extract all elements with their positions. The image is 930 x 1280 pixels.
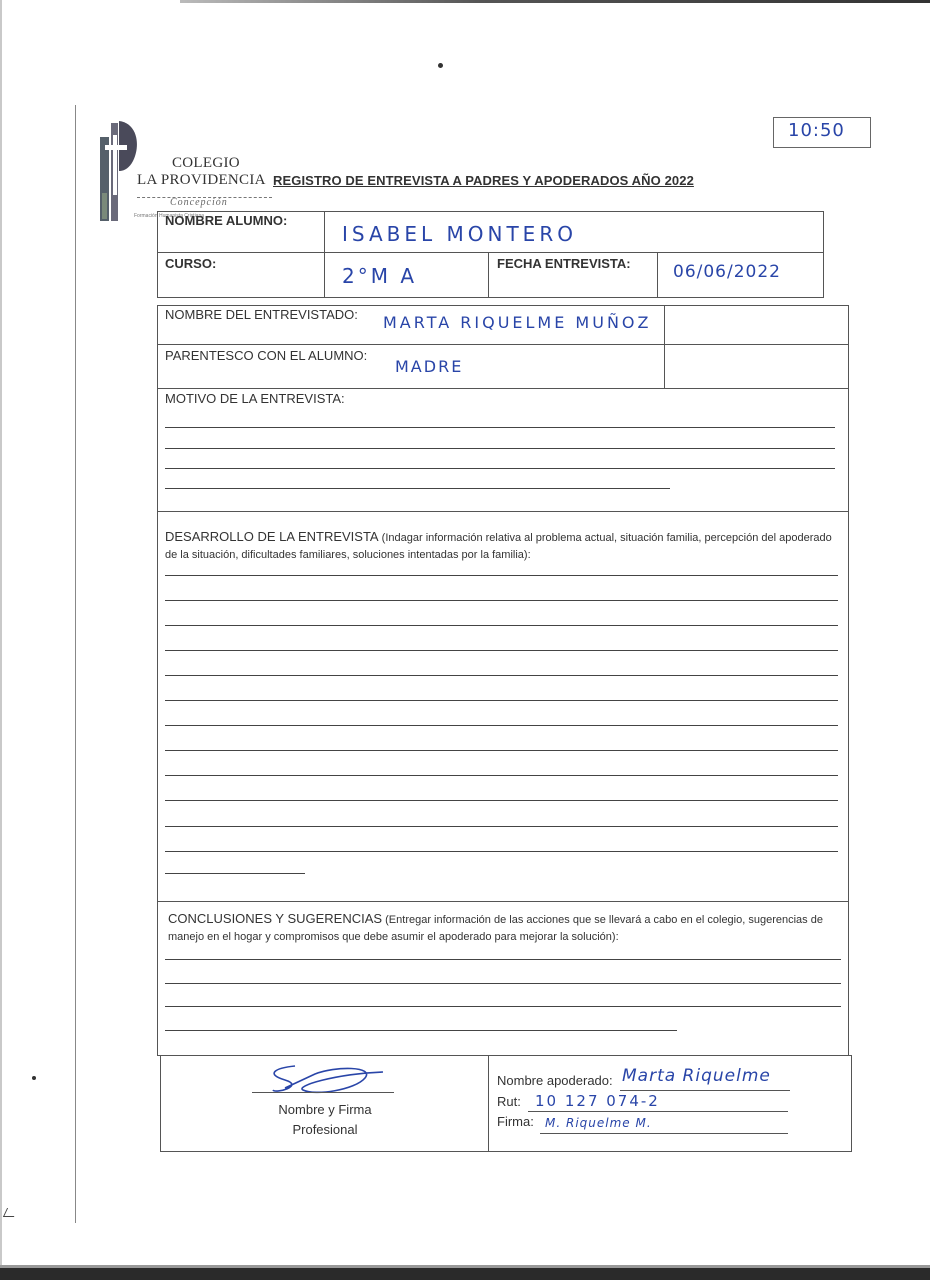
desarrollo-line[interactable] — [165, 675, 838, 676]
parentesco-field[interactable]: MADRE — [395, 357, 463, 376]
apoderado-name-field[interactable]: Marta Riquelme — [622, 1066, 771, 1086]
apoderado-name-label: Nombre apoderado: — [497, 1073, 613, 1088]
table-divider — [657, 252, 658, 298]
motivo-line[interactable] — [165, 427, 835, 428]
nombre-alumno-field[interactable]: ISABEL MONTERO — [342, 222, 577, 246]
conclusiones-line[interactable] — [165, 1006, 841, 1007]
time-value: 10:50 — [788, 120, 845, 141]
curso-label: CURSO: — [165, 256, 216, 271]
desarrollo-heading: DESARROLLO DE LA ENTREVISTA (Indagar inf… — [165, 528, 845, 564]
desarrollo-line[interactable] — [165, 750, 838, 751]
desarrollo-line[interactable] — [165, 800, 838, 801]
professional-label-line1: Nombre y Firma — [245, 1100, 405, 1120]
curso-field[interactable]: 2°M A — [342, 264, 417, 288]
scan-left-edge — [0, 0, 2, 1280]
professional-signature-line — [252, 1092, 394, 1093]
desarrollo-line[interactable] — [165, 600, 838, 601]
desarrollo-section — [157, 511, 849, 902]
interview-table — [157, 305, 849, 512]
table-divider — [324, 211, 325, 298]
table-divider — [157, 252, 824, 253]
table-divider — [488, 252, 489, 298]
scan-mark — [3, 1208, 18, 1217]
motivo-label: MOTIVO DE LA ENTREVISTA: — [165, 391, 345, 406]
firma-line — [540, 1133, 788, 1134]
motivo-line[interactable] — [165, 448, 835, 449]
desarrollo-line[interactable] — [165, 700, 838, 701]
motivo-line[interactable] — [165, 468, 835, 469]
school-city: Concepción — [170, 197, 228, 208]
time-box: 10:50 — [773, 117, 871, 148]
desarrollo-line[interactable] — [165, 775, 838, 776]
conclusiones-title: CONCLUSIONES Y SUGERENCIAS — [168, 911, 382, 926]
desarrollo-line[interactable] — [165, 575, 838, 576]
fecha-entrevista-field[interactable]: 06/06/2022 — [673, 262, 781, 282]
scan-speck — [32, 1076, 36, 1080]
desarrollo-line[interactable] — [165, 625, 838, 626]
conclusiones-line[interactable] — [165, 983, 841, 984]
professional-signature-icon — [255, 1060, 395, 1100]
professional-label: Nombre y Firma Profesional — [245, 1100, 405, 1140]
desarrollo-line[interactable] — [165, 851, 838, 852]
desarrollo-line[interactable] — [165, 650, 838, 651]
conclusiones-line[interactable] — [165, 959, 841, 960]
rut-label: Rut: — [497, 1094, 521, 1109]
firma-label: Firma: — [497, 1114, 534, 1129]
table-divider — [488, 1055, 489, 1152]
scan-top-edge — [180, 0, 930, 3]
parentesco-label: PARENTESCO CON EL ALUMNO: — [165, 348, 367, 363]
school-name-line1: COLEGIO — [172, 155, 240, 172]
document-title: REGISTRO DE ENTREVISTA A PADRES Y APODER… — [273, 173, 694, 188]
desarrollo-line[interactable] — [165, 873, 305, 874]
desarrollo-title: DESARROLLO DE LA ENTREVISTA — [165, 529, 379, 544]
conclusiones-line[interactable] — [165, 1030, 677, 1031]
entrevistado-label: NOMBRE DEL ENTREVISTADO: — [165, 307, 358, 322]
page-margin-line — [75, 105, 76, 1223]
firma-field[interactable]: M. Riquelme M. — [545, 1116, 652, 1130]
rut-line — [528, 1111, 788, 1112]
apoderado-name-line — [620, 1090, 790, 1091]
fecha-entrevista-label: FECHA ENTREVISTA: — [497, 256, 631, 271]
conclusiones-heading: CONCLUSIONES Y SUGERENCIAS (Entregar inf… — [168, 910, 846, 946]
scan-speck — [438, 63, 443, 68]
rut-field[interactable]: 10 127 074-2 — [535, 1092, 660, 1110]
table-divider — [157, 344, 849, 345]
cross-logo-icon — [97, 115, 141, 223]
desarrollo-line[interactable] — [165, 725, 838, 726]
motivo-line[interactable] — [165, 488, 670, 489]
school-name-line2: LA PROVIDENCIA — [137, 172, 266, 189]
professional-label-line2: Profesional — [245, 1120, 405, 1140]
scan-bottom-band — [0, 1268, 930, 1280]
table-divider — [157, 388, 849, 389]
entrevistado-field[interactable]: MARTA RIQUELME MUÑOZ — [383, 313, 651, 332]
desarrollo-line[interactable] — [165, 826, 838, 827]
table-divider — [664, 305, 665, 389]
nombre-alumno-label: NOMBRE ALUMNO: — [165, 213, 287, 228]
